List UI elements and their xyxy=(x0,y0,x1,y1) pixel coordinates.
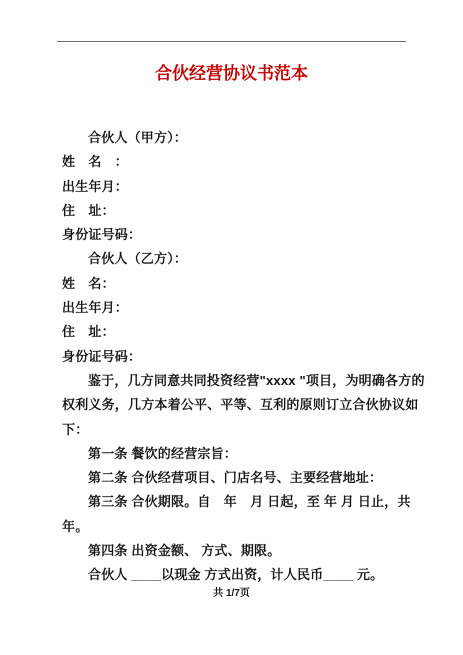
document-line: 第二条 合伙经营项目、门店名号、主要经营地址： xyxy=(62,466,414,490)
page-count-prefix: 共 xyxy=(213,588,226,599)
document-body: 合伙人（甲方）： 姓 名 ： 出生年月： 住 址： 身份证号码： 合伙人（乙方）… xyxy=(62,126,414,588)
document-line: 合伙人 ____以现金 方式出资，计人民币____ 元。 xyxy=(62,563,414,587)
document-line: 姓 名 ： xyxy=(62,150,414,174)
page-footer: 共 1/7页 xyxy=(0,587,463,601)
page-number: 1/7 xyxy=(226,588,240,599)
document-line: 第三条 合伙期限。自 年 月 日起，至 年 月 日止，共 xyxy=(62,490,414,514)
header-rule xyxy=(57,41,406,42)
document-line: 权利义务，几方本着公平、平等、互利的原则订立合伙协议如 xyxy=(62,393,414,417)
document-line: 住 址： xyxy=(62,320,414,344)
document-page: 合伙经营协议书范本 合伙人（甲方）： 姓 名 ： 出生年月： 住 址： 身份证号… xyxy=(0,0,463,655)
document-line: 身份证号码： xyxy=(62,345,414,369)
document-title: 合伙经营协议书范本 xyxy=(57,62,406,86)
document-line: 身份证号码： xyxy=(62,223,414,247)
document-line: 合伙人（乙方）： xyxy=(62,247,414,271)
document-line: 住 址： xyxy=(62,199,414,223)
document-line: 合伙人（甲方）： xyxy=(62,126,414,150)
document-line: 第一条 餐饮的经营宗旨： xyxy=(62,442,414,466)
document-line: 出生年月： xyxy=(62,175,414,199)
document-line: 下： xyxy=(62,418,414,442)
document-line: 鉴于，几方同意共同投资经营"xxxx "项目，为明确各方的 xyxy=(62,369,414,393)
page-count-suffix: 页 xyxy=(240,588,250,599)
document-line: 姓 名： xyxy=(62,272,414,296)
document-line: 年。 xyxy=(62,515,414,539)
document-line: 出生年月： xyxy=(62,296,414,320)
document-line: 第四条 出资金额、 方式、期限。 xyxy=(62,539,414,563)
